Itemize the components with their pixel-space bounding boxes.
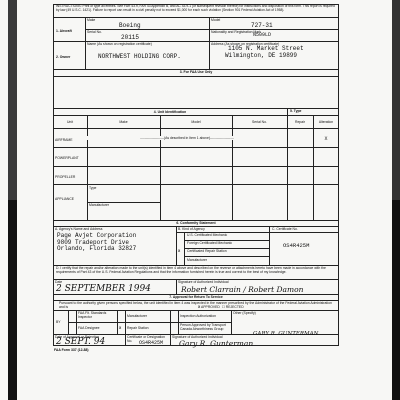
approval-statement: Pursuant to the authority given persons … [59, 301, 335, 309]
col-alteration: Alteration [313, 120, 339, 124]
conformity-date-value: 2 SEPTEMBER 1994 [56, 284, 151, 294]
agency-label: A. Agency's Name and Address [55, 227, 102, 231]
owner-section-label: 2. Owner [56, 55, 70, 59]
option-inspection-authorization: Inspection Authorization [180, 314, 216, 318]
approval-cert-no: OS4R425M [139, 340, 163, 346]
col-repair: Repair [287, 120, 313, 124]
owner-name-value: NORTHWEST HOLDING CORP. [98, 53, 181, 60]
aircraft-make-value: Boeing [119, 22, 141, 29]
approved-mark: X [198, 305, 200, 309]
instructions-text: INSTRUCTIONS: Print or type all entries.… [56, 5, 336, 13]
agency-line3: Orlando, Florida 32827 [57, 246, 136, 253]
option-repair-station-mark: X [119, 326, 121, 330]
kind-repair-station: Certificated Repair Station [187, 249, 227, 253]
row-powerplant-label: POWERPLANT [55, 156, 79, 160]
conformity-title: 6. Conformity Statement [53, 221, 339, 225]
form-id: FAA Form 337 (12-88) [54, 348, 89, 352]
cert-no-value: OS4R425M [283, 242, 309, 249]
faa-use-title: 3. For FAA Use Only [53, 70, 339, 74]
col-model: Model [160, 120, 232, 124]
col-make: Make [87, 120, 160, 124]
agency-address: Page Avjet Corporation 9809 Tradeport Dr… [57, 233, 136, 253]
cert-label: C. Certificate No. [272, 227, 298, 231]
kind-repair-station-mark: X [178, 249, 180, 253]
kind-foreign-mechanic: Foreign Certificated Mechanic [187, 241, 232, 245]
unit-identification-title: 4. Unit Identification [53, 110, 287, 114]
row-airframe-label: AIRFRAME [55, 138, 73, 142]
option-transport-canada: Person Approved by Transport Canada Airw… [180, 323, 230, 331]
option-faa-designee: FAA Designee [78, 326, 100, 330]
option-manufacturer: Manufacturer [127, 314, 147, 318]
by-label: BY [56, 320, 61, 324]
registration-value: N509LD [253, 32, 271, 38]
appliance-type-label: Type [89, 186, 96, 190]
scan-edge-left [8, 0, 17, 400]
rejected-label: REJECTED [226, 305, 244, 309]
kind-label: B. Kind of Agency [178, 227, 205, 231]
row-appliance-label: APPLIANCE [55, 197, 74, 201]
owner-address-line1: 1105 N. Market Street [228, 45, 304, 52]
kind-manufacturer: Manufacturer [187, 258, 207, 262]
airframe-alteration-mark: X [313, 136, 339, 142]
option-repair-station: Repair Station [127, 326, 149, 330]
scan-edge-right [392, 0, 400, 400]
type-title: 5. Type [290, 109, 301, 113]
approval-title: 7. Approval for Return To Service [53, 295, 339, 299]
conformity-signature-label: Signature of Authorized Individual [178, 280, 229, 284]
model-label: Model [211, 18, 220, 22]
option-faa-inspector: FAA Flt. Standards Inspector [78, 311, 116, 319]
approved-label: APPROVED [201, 305, 220, 309]
conformity-signature: Robert Clarrain / Robert Damon [181, 285, 304, 294]
approval-date-value: 2 SEPT. 94 [56, 337, 105, 347]
approval-result: X APPROVED ☐ REJECTED [198, 305, 244, 309]
col-unit: Unit [53, 120, 87, 124]
owner-name-label: Name (As shown on registration certifica… [87, 42, 152, 46]
aircraft-section-label: 1. Aircraft [56, 29, 72, 33]
serial-label: Serial No. [87, 30, 102, 34]
make-label: Make [87, 18, 95, 22]
kind-us-mechanic: U.S. Certificated Mechanic [187, 233, 227, 237]
owner-address-line2: Wilmington, DE 19899 [225, 52, 297, 59]
certification-statement: D. I certify that the repair and/or alte… [56, 266, 334, 274]
airframe-described: ---------------------(As described in It… [87, 136, 287, 140]
approval-signature: Gary R. Gunterman [179, 339, 253, 348]
approval-signature-print: GARY R. GUNTERMAN [253, 331, 318, 337]
appliance-manufacturer-label: Manufacturer [89, 203, 109, 207]
row-propeller-label: PROPELLER [55, 175, 75, 179]
other-specify-label: Other (Specify) [233, 311, 256, 315]
aircraft-serial-value: 20115 [121, 34, 139, 41]
col-serial: Serial No. [232, 120, 287, 124]
aircraft-model-value: 727-31 [251, 22, 273, 29]
